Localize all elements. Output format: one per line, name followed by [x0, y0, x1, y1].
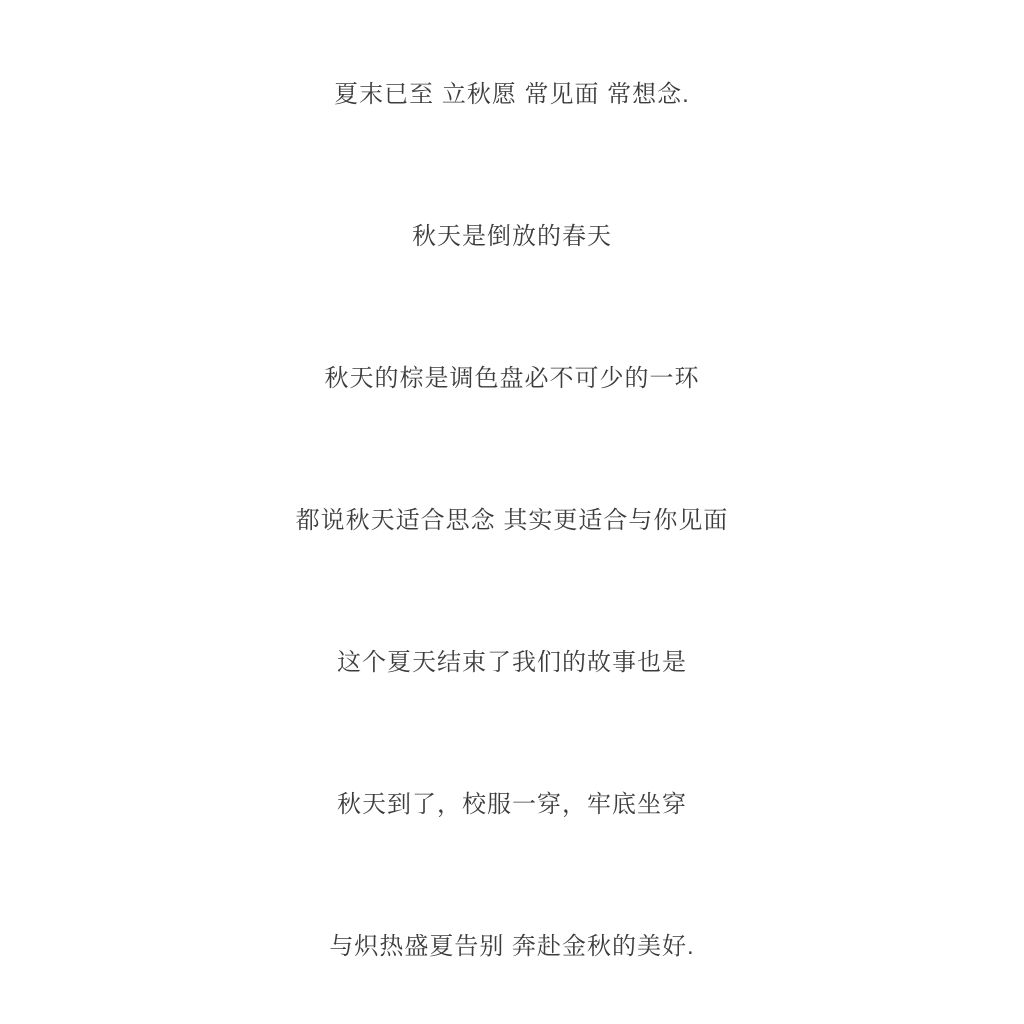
text-page: 夏末已至 立秋愿 常见面 常想念. 秋天是倒放的春天 秋天的棕是调色盘必不可少的…	[0, 0, 1024, 1024]
quote-line-1: 夏末已至 立秋愿 常见面 常想念.	[334, 83, 690, 107]
quote-line-4: 都说秋天适合思念 其实更适合与你见面	[296, 509, 729, 533]
quote-line-6: 秋天到了，校服一穿，牢底坐穿	[337, 793, 687, 817]
quote-line-2: 秋天是倒放的春天	[412, 225, 612, 249]
quote-line-5: 这个夏天结束了我们的故事也是	[337, 651, 687, 675]
quote-line-3: 秋天的棕是调色盘必不可少的一环	[325, 367, 700, 391]
quote-line-7: 与炽热盛夏告别 奔赴金秋的美好.	[329, 935, 694, 959]
